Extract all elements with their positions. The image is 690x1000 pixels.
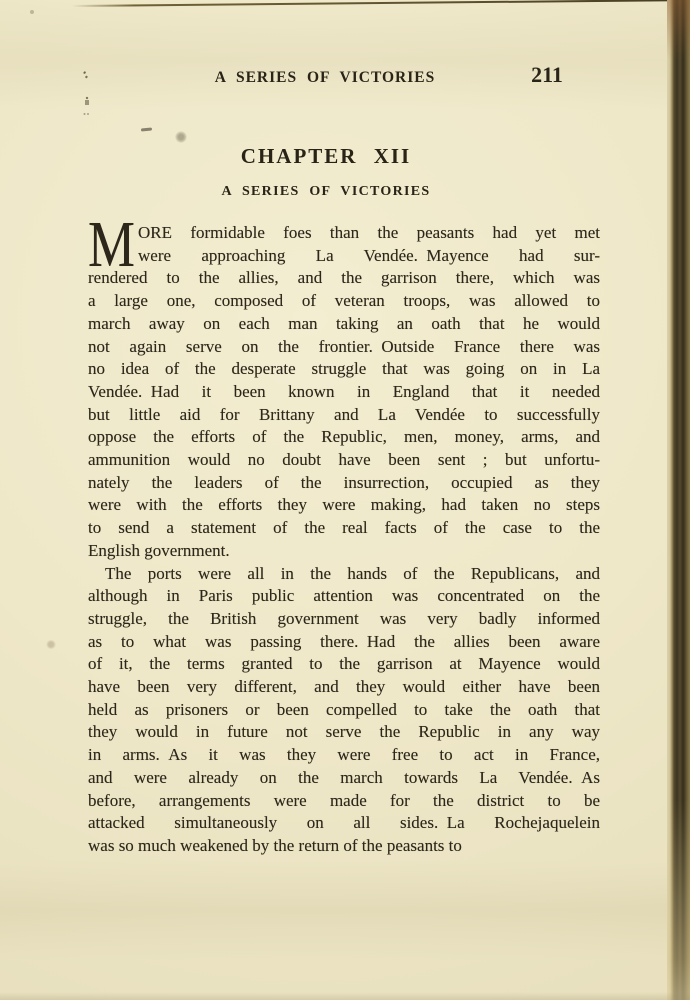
text-line: oppose the efforts of the Republic, men,… bbox=[88, 426, 600, 449]
text-line: rendered to the allies, and the garrison… bbox=[88, 267, 600, 290]
paper-stain bbox=[46, 640, 56, 649]
text-line: held as prisoners or been compelled to t… bbox=[88, 699, 600, 722]
text-line: have been very different, and they would… bbox=[88, 676, 600, 699]
book-right-edge bbox=[667, 0, 690, 1000]
text-line: English government. bbox=[88, 540, 600, 563]
scan-speck bbox=[83, 112, 89, 116]
drop-cap-letter: M bbox=[88, 222, 136, 267]
body-text: MORE formidable foes than the peasants h… bbox=[88, 222, 600, 858]
scan-speck bbox=[83, 71, 88, 79]
text-line: ORE formidable foes than the peasants ha… bbox=[88, 222, 600, 245]
text-line: nately the leaders of the insurrection, … bbox=[88, 472, 600, 495]
text-line: but little aid for Brittany and La Vendé… bbox=[88, 404, 600, 427]
text-line: before, arrangements were made for the d… bbox=[88, 790, 600, 813]
text-line: were with the efforts they were making, … bbox=[88, 494, 600, 517]
text-line: and were already on the march towards La… bbox=[88, 767, 600, 790]
text-line: march away on each man taking an oath th… bbox=[88, 313, 600, 336]
text-line: Vendée. Had it been known in England tha… bbox=[88, 381, 600, 404]
text-line: was so much weakened by the return of th… bbox=[88, 835, 600, 858]
text-line: to send a statement of the real facts of… bbox=[88, 517, 600, 540]
scan-smudge bbox=[175, 131, 187, 143]
text-line: although in Paris public attention was c… bbox=[88, 585, 600, 608]
running-head: A SERIES OF VICTORIES bbox=[60, 70, 590, 86]
text-line: of it, the terms granted to the garrison… bbox=[88, 653, 600, 676]
page-bottom-shade bbox=[0, 992, 690, 1000]
text-line: The ports were all in the hands of the R… bbox=[88, 563, 600, 586]
book-page-scan: A SERIES OF VICTORIES 211 CHAPTER XII A … bbox=[0, 0, 690, 1000]
scan-speck bbox=[30, 10, 34, 14]
text-line: struggle, the British government was ver… bbox=[88, 608, 600, 631]
text-line: as to what was passing there. Had the al… bbox=[88, 631, 600, 654]
text-line: a large one, composed of veteran troops,… bbox=[88, 290, 600, 313]
text-line: were approaching La Vendée. Mayence had … bbox=[88, 245, 600, 268]
paragraph: The ports were all in the hands of the R… bbox=[88, 563, 600, 858]
paragraph: MORE formidable foes than the peasants h… bbox=[88, 222, 600, 563]
text-line: in arms. As it was they were free to act… bbox=[88, 744, 600, 767]
chapter-subtitle: A SERIES OF VICTORIES bbox=[62, 184, 590, 199]
text-line: they would in future not serve the Repub… bbox=[88, 721, 600, 744]
text-line: not again serve on the frontier. Outside… bbox=[88, 336, 600, 359]
text-line: attacked simultaneously on all sides. La… bbox=[88, 812, 600, 835]
pencil-dash-mark bbox=[141, 127, 152, 131]
chapter-title: CHAPTER XII bbox=[62, 144, 590, 168]
page-number: 211 bbox=[517, 62, 577, 88]
page-top-edge-line bbox=[72, 0, 690, 7]
text-line: no idea of the desperate struggle that w… bbox=[88, 358, 600, 381]
scan-speck bbox=[85, 96, 89, 106]
text-line: ammunition would no doubt have been sent… bbox=[88, 449, 600, 472]
